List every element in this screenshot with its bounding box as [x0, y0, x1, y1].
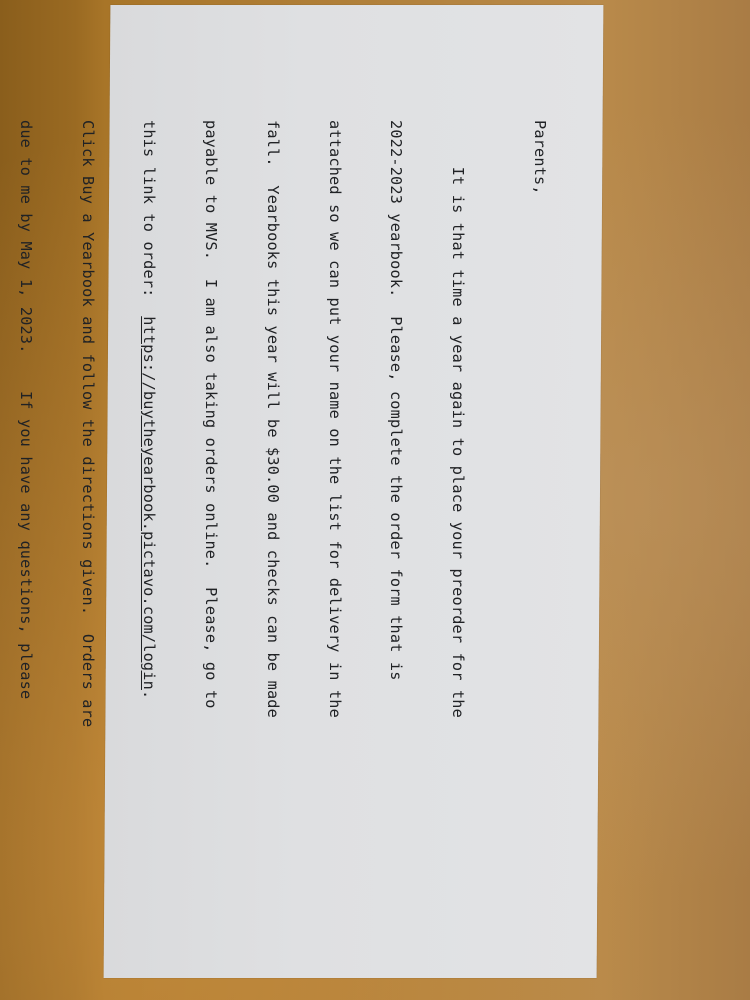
- body-line: 2022-2023 yearbook. Please, complete the…: [386, 120, 407, 880]
- letter-text: Parents, It is that time a year again to…: [250, 120, 550, 880]
- body-line: payable to MVS. I am also taking orders …: [201, 120, 222, 880]
- order-url-link[interactable]: https://buytheyearbook.pictavo.com/login: [140, 316, 158, 690]
- link-suffix: .: [140, 690, 158, 699]
- body-line-with-link: this link to order: https://buytheyearbo…: [139, 120, 160, 880]
- body-line: Click Buy a Yearbook and follow the dire…: [77, 120, 98, 880]
- body-line: It is that time a year again to place yo…: [448, 120, 469, 880]
- greeting: Parents,: [529, 120, 550, 880]
- link-prefix: this link to order:: [140, 120, 158, 316]
- letter-body: It is that time a year again to place yo…: [0, 120, 509, 880]
- body-line: fall. Yearbooks this year will be $30.00…: [262, 120, 283, 880]
- body-line: attached so we can put your name on the …: [324, 120, 345, 880]
- body-line: due to me by May 1, 2023. If you have an…: [15, 120, 36, 880]
